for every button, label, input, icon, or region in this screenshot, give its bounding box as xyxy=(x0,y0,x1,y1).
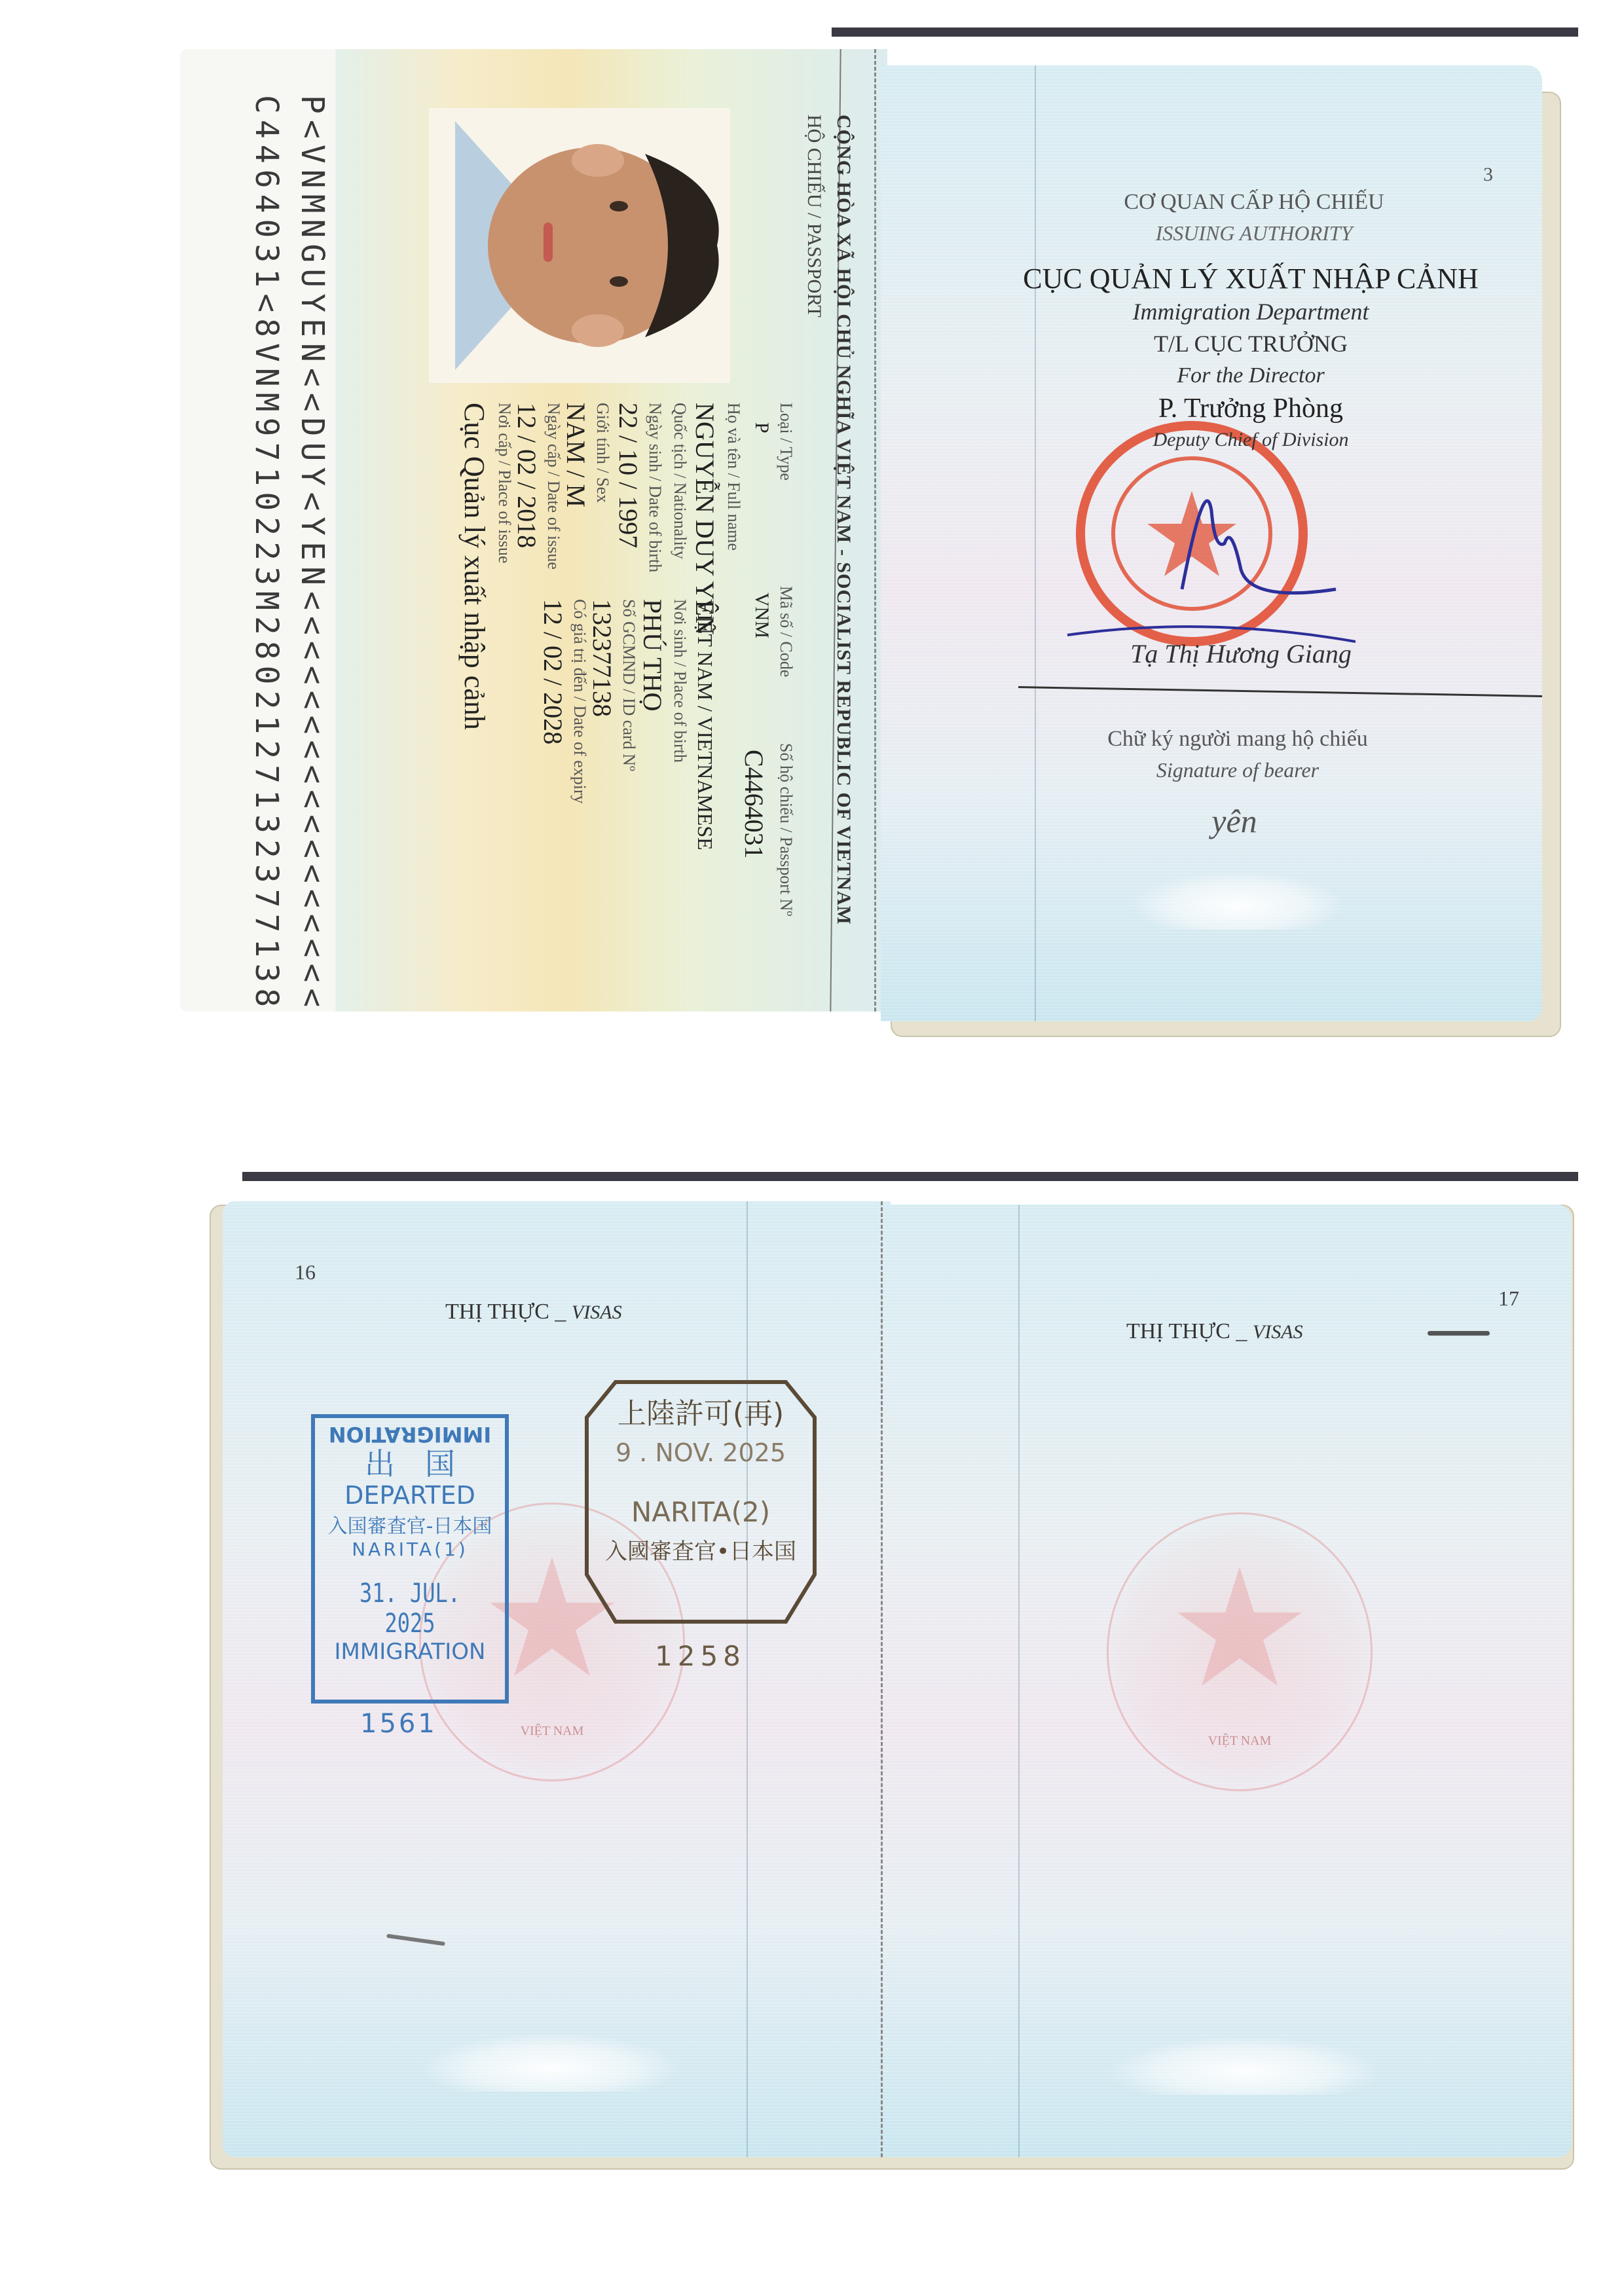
visa-title-en: VISAS xyxy=(1253,1321,1303,1343)
visa-page-hinge xyxy=(881,1201,883,2157)
authority-page: 3 CƠ QUAN CẤP HỘ CHIẾU ISSUING AUTHORITY… xyxy=(881,65,1542,1021)
data-page-hinge xyxy=(874,49,876,1011)
type-value: P xyxy=(750,422,773,433)
pob-value: PHÚ THỌ xyxy=(637,599,668,712)
type-label: Loại / Type xyxy=(776,403,796,481)
pob-label: Nơi sinh / Place of birth xyxy=(670,599,690,763)
doc-title: HỘ CHIẾU / PASSPORT xyxy=(803,115,825,318)
page-number: 17 xyxy=(1498,1286,1519,1311)
visa-title-sep: _ xyxy=(555,1300,566,1324)
full-name-label: Họ và tên / Full name xyxy=(724,403,743,551)
country-header: CỘNG HÒA XÃ HỘI CHỦ NGHĨA VIỆT NAM - SOC… xyxy=(832,115,855,925)
sex-value: NAM / M xyxy=(561,403,591,507)
departure-stamp: IMMIGRATION 出 国 DEPARTED 入国審査官-日本国 NARIT… xyxy=(311,1414,509,1704)
passport-no-value: C4464031 xyxy=(739,750,769,859)
issuing-heading-en: ISSUING AUTHORITY xyxy=(881,221,1542,246)
visa-title-vi: THỊ THỰC xyxy=(445,1300,549,1324)
place-issue-label: Nơi cấp / Place of issue xyxy=(494,403,514,564)
stamp-port: NARITA(1) xyxy=(315,1539,505,1560)
visa-page-17: 17 THỊ THỰC _ VISAS VIỆT NAM xyxy=(891,1205,1572,2157)
visa-title: THỊ THỰC _ VISAS xyxy=(445,1300,622,1324)
place-issue-value: Cục Quản lý xuất nhập cảnh xyxy=(458,403,491,730)
stamp-immigration-top: IMMIGRATION xyxy=(315,1422,505,1447)
for-director-en: For the Director xyxy=(881,363,1542,388)
issue-date-label: Ngày cấp / Date of issue xyxy=(544,403,563,570)
passport-no-label: Số hộ chiếu / Passport Nº xyxy=(776,743,796,916)
signature-divider xyxy=(1018,686,1542,697)
dob-label: Ngày sinh / Date of birth xyxy=(645,403,665,572)
department-vi: CỤC QUẢN LÝ XUẤT NHẬP CẢNH xyxy=(881,262,1542,295)
lotus-ornament xyxy=(1130,871,1346,930)
visa-page-17-inner-line xyxy=(1018,1205,1020,2157)
stamp-date: 31. JUL. 2025 xyxy=(334,1578,486,1639)
id-no-value: 132377138 xyxy=(587,599,618,717)
stamp-kanji: 出 国 xyxy=(315,1447,505,1481)
nationality-value: VIỆT NAM / VIETNAMESE xyxy=(693,599,717,850)
sex-label: Giới tính / Sex xyxy=(593,403,612,503)
position-en: Deputy Chief of Division xyxy=(881,429,1542,451)
bearer-signature: yên xyxy=(881,802,1542,840)
visa-page-16: 16 THỊ THỰC _ VISAS VIỆT NAM IMMIGRATION… xyxy=(223,1201,891,2157)
stamp-status: DEPARTED xyxy=(315,1481,505,1510)
stamp-authority: 入国審査官-日本国 xyxy=(315,1510,505,1539)
portrait-icon xyxy=(429,108,730,383)
for-director-vi: T/L CỤC TRƯỞNG xyxy=(881,330,1542,357)
lotus-ornament xyxy=(419,2033,681,2092)
reentry-port: NARITA(2) xyxy=(583,1496,819,1528)
reentry-date: 9 . NOV. 2025 xyxy=(583,1438,819,1467)
expiry-label: Có giá trị đến / Date of expiry xyxy=(570,599,589,804)
visa-title-sep: _ xyxy=(1236,1319,1247,1343)
staple-mark xyxy=(386,1934,445,1946)
mrz-line-2: C4464031<8VNM9710223M2802127132377138<<<… xyxy=(248,95,285,1011)
holder-photo xyxy=(429,108,730,383)
department-en: Immigration Department xyxy=(881,298,1542,325)
dob-value: 22 / 10 / 1997 xyxy=(613,403,644,548)
expiry-value: 12 / 02 / 2028 xyxy=(538,599,568,744)
bearer-signature-label-en: Signature of bearer xyxy=(881,758,1542,782)
reentry-officer-no: 1258 xyxy=(655,1640,746,1672)
issue-date-value: 12 / 02 / 2018 xyxy=(511,403,542,548)
reentry-kanji: 上陸許可(再) xyxy=(583,1390,819,1432)
reentry-stamp: 上陸許可(再) 9 . NOV. 2025 NARITA(2) 入國審査官•日本… xyxy=(583,1378,819,1627)
visa-title: THỊ THỰC _ VISAS xyxy=(1126,1319,1303,1344)
lotus-ornament xyxy=(1107,2036,1382,2095)
passport-data-spread: CỘNG HÒA XÃ HỘI CHỦ NGHĨA VIỆT NAM - SOC… xyxy=(0,0,1624,1113)
data-page: CỘNG HÒA XÃ HỘI CHỦ NGHĨA VIỆT NAM - SOC… xyxy=(180,49,887,1011)
page-number: 3 xyxy=(1483,164,1493,186)
code-label: Mã số / Code xyxy=(776,586,796,677)
bearer-signature-label-vi: Chữ ký người mang hộ chiếu xyxy=(881,727,1542,752)
emblem-text: VIỆT NAM xyxy=(1109,1734,1371,1749)
id-no-label: Số GCMND / ID card Nº xyxy=(619,599,638,771)
emblem-text: VIỆT NAM xyxy=(421,1724,683,1739)
official-name: Tạ Thị Hương Giang xyxy=(881,638,1542,669)
national-emblem-watermark: VIỆT NAM xyxy=(1107,1512,1373,1791)
nationality-label: Quốc tịch / Nationality xyxy=(670,403,690,559)
visa-spread: 16 THỊ THỰC _ VISAS VIỆT NAM IMMIGRATION… xyxy=(0,1165,1624,2187)
staple-mark xyxy=(1428,1331,1490,1336)
visa-title-en: VISAS xyxy=(572,1302,622,1323)
departure-officer-no: 1561 xyxy=(360,1709,437,1739)
code-value: VNM xyxy=(750,592,773,638)
visa-title-vi: THỊ THỰC xyxy=(1126,1319,1230,1343)
issuing-heading-vi: CƠ QUAN CẤP HỘ CHIẾU xyxy=(881,190,1542,215)
visa-page-16-inner-line xyxy=(747,1201,748,2157)
stamp-immigration-bottom: IMMIGRATION xyxy=(315,1639,505,1665)
page-number: 16 xyxy=(295,1260,316,1285)
reentry-authority: 入國審査官•日本国 xyxy=(583,1533,819,1565)
mrz-line-1: P<VNMNGUYEN<<DUY<YEN<<<<<<<<<<<<<<<<<<<<… xyxy=(294,95,331,1011)
